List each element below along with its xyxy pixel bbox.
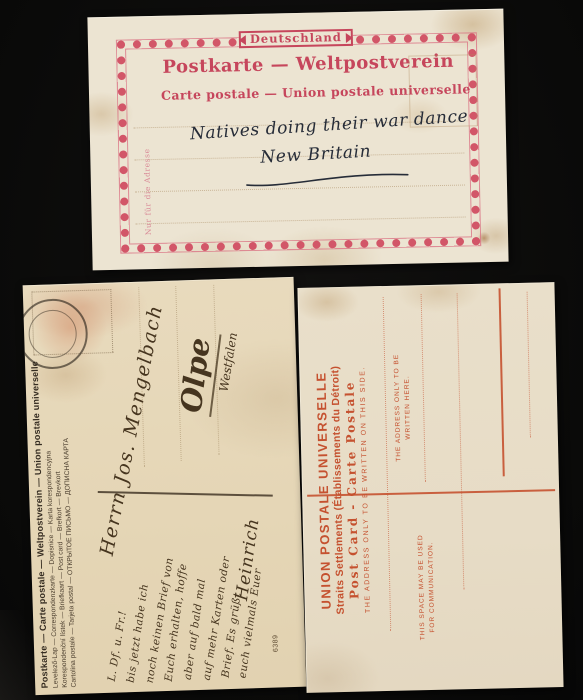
handwritten-message-line: L. Df. u. Fr.! <box>105 609 128 681</box>
postcard-germany-address-side: Deutschland Postkarte — Weltpostverein C… <box>87 9 508 271</box>
address-ruling-line <box>457 293 465 589</box>
catalog-number: 6389 <box>272 634 280 652</box>
address-only-side-note: Nur für die Adresse <box>142 148 153 235</box>
address-ruling-line-solid <box>499 288 505 476</box>
address-ruling-line <box>383 297 392 631</box>
multilingual-header-line: Postkarte — Carte postale — Weltpostvere… <box>29 360 49 688</box>
postcard-straits-settlements: UNION POSTALE UNIVERSELLE Straits Settle… <box>297 282 563 693</box>
postcard-german-message-side: Postkarte — Carte postale — Weltpostvere… <box>23 277 307 695</box>
communication-side-note-line: FOR COMMUNICATION. <box>426 528 439 646</box>
underline-flourish <box>243 168 413 190</box>
rotated-card-face: Postkarte — Carte postale — Weltpostvere… <box>23 278 307 695</box>
address-side-note: THE ADDRESS ONLY TO BE WRITTEN HERE. <box>392 344 415 470</box>
handwritten-destination-city: Olpe <box>173 329 221 416</box>
deutschland-banner: Deutschland <box>239 29 353 48</box>
printed-heading-block: UNION POSTALE UNIVERSELLE Straits Settle… <box>311 287 373 692</box>
rotated-card-face: UNION POSTALE UNIVERSELLE Straits Settle… <box>298 283 563 693</box>
photograph-of-postcards: Postkarte — Carte postale — Weltpostvere… <box>0 0 583 700</box>
address-ruling-line <box>527 292 531 438</box>
communication-side-note: THIS SPACE MAY BE USED FOR COMMUNICATION… <box>416 528 439 646</box>
address-ruling-line <box>421 294 426 482</box>
